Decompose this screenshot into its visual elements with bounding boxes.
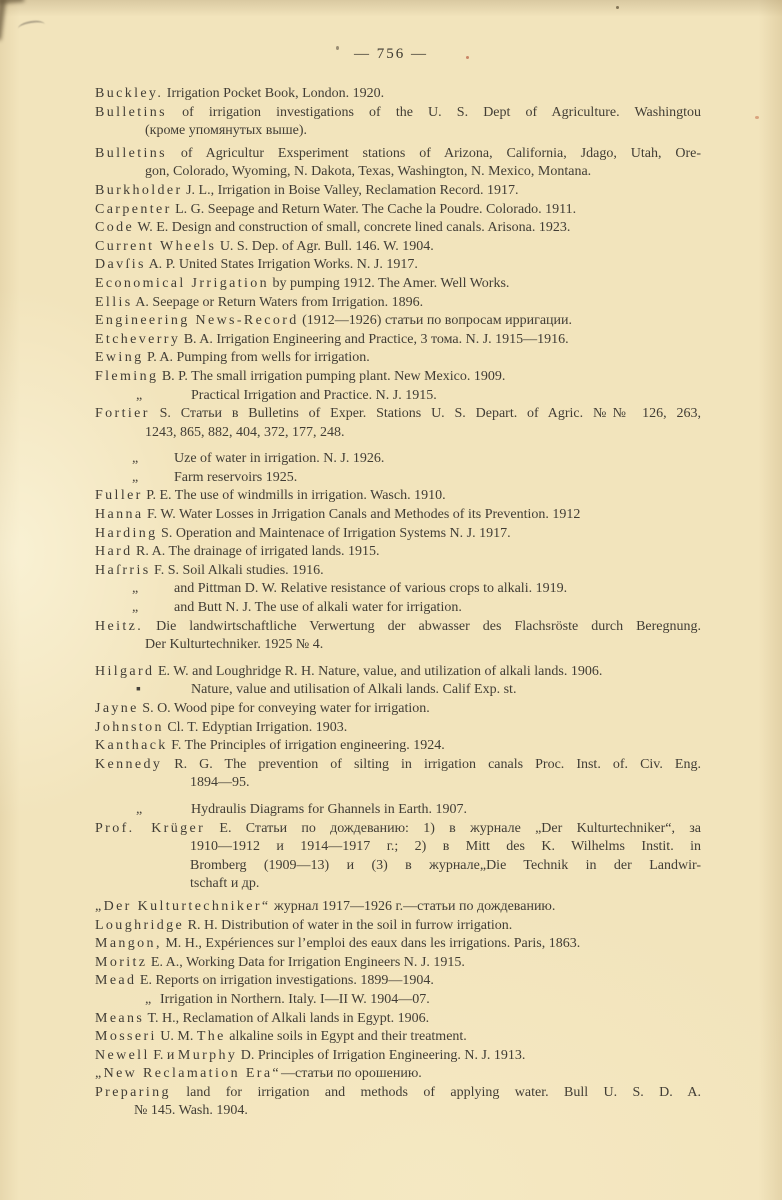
bib-entry: „and Butt N. J. The use of alkali water …: [95, 599, 701, 618]
bib-entry-text: U. S. Dep. of Agr. Bull. 146. W. 1904.: [216, 239, 433, 254]
bib-entry-continuation: 1243, 865, 882, 404, 372, 177, 248.: [95, 424, 701, 443]
bib-entry: Buckley. Irrigation Pocket Book, London.…: [95, 85, 701, 104]
bib-entry-text: Practical Irrigation and Practice. N. J.…: [191, 388, 437, 403]
bib-entry-line: Burkholder J. L., Irrigation in Boise Va…: [95, 182, 701, 201]
bib-entry-continuation: (кроме упомянутых выше).: [95, 122, 701, 141]
bib-entry-text: Hydraulis Diagrams for Ghannels in Earth…: [191, 802, 467, 817]
paper-speck: [755, 116, 759, 119]
bib-entry-text: D. Principles of Irrigation Engineering.…: [237, 1048, 525, 1063]
bib-author: Current Wheels: [95, 239, 216, 254]
bib-entry: Hard R. A. The drainage of irrigated lan…: [95, 543, 701, 562]
bib-entry: Burkholder J. L., Irrigation in Boise Va…: [95, 182, 701, 201]
bibliography-list: Buckley. Irrigation Pocket Book, London.…: [95, 85, 701, 1121]
bib-author: „Der Kulturtechniker“: [95, 899, 271, 914]
bib-entry-text: F. The Principles of irrigation engineer…: [168, 738, 445, 753]
bib-entry: Bulletins of Agricultur Exsperiment stat…: [95, 145, 701, 182]
bib-entry-text: of irrigation investigations of the U. S…: [167, 105, 701, 120]
ditto-mark: ▪: [136, 681, 141, 700]
bib-author: Hanna: [95, 507, 143, 522]
bib-sub-entry-line: „Hydraulis Diagrams for Ghannels in Eart…: [95, 801, 701, 820]
bib-entry: Kanthack F. The Principles of irrigation…: [95, 737, 701, 756]
bib-entry: Mosseri U. M. The alkaline soils in Egyp…: [95, 1028, 701, 1047]
bib-entry-text: S. Operation and Maintenace of Irrigatio…: [158, 526, 511, 541]
bib-entry-text: F. S. Soil Alkali studies. 1916.: [151, 563, 324, 578]
bib-entry: „Hydraulis Diagrams for Ghannels in Eart…: [95, 801, 701, 820]
bib-entry-continuation: Bromberg (1909—13) и (3) в журнале„Die T…: [95, 857, 701, 876]
paper-speck: [466, 56, 469, 59]
bib-entry-text: (1912—1926) статьи по вопросам ирригации…: [299, 313, 572, 328]
bib-entry: Johnston Cl. T. Edyptian Irrigation. 190…: [95, 719, 701, 738]
bib-entry-line: Bulletins of irrigation investigations o…: [95, 104, 701, 123]
bib-author: Heitz.: [95, 619, 143, 634]
bib-entry-line: Fortier S. Статьи в Bulletins of Exper. …: [95, 405, 701, 424]
bib-entry-line: Hard R. A. The drainage of irrigated lan…: [95, 543, 701, 562]
bib-entry-text: A. P. United States Irrigation Works. N.…: [146, 257, 418, 272]
bib-entry-continuation: gon, Colorado, Wyoming, N. Dakota, Texas…: [95, 163, 701, 182]
bib-entry-text: B. P. The small irrigation pumping plant…: [158, 369, 505, 384]
bib-entry-line: Harding S. Operation and Maintenace of I…: [95, 525, 701, 544]
bib-entry: Bulletins of irrigation investigations o…: [95, 104, 701, 141]
bib-author: Burkholder: [95, 183, 183, 198]
paper-speck: [336, 46, 339, 50]
bib-entry: Ellis A. Seepage or Return Waters from I…: [95, 294, 701, 313]
bib-entry-text: E. Reports on irrigation investigations.…: [136, 973, 433, 988]
bib-entry-line: Buckley. Irrigation Pocket Book, London.…: [95, 85, 701, 104]
bib-entry-text: F. W. Water Losses in Jrrigation Canals …: [143, 507, 580, 522]
bib-sub-entry-line: „Practical Irrigation and Practice. N. J…: [95, 387, 701, 406]
bib-entry-line: Loughridge R. H. Distribution of water i…: [95, 917, 701, 936]
bib-entry: Preparing land for irrigation and method…: [95, 1084, 701, 1121]
bib-entry-line: Mosseri U. M. The alkaline soils in Egyp…: [95, 1028, 701, 1047]
bib-author: Buckley.: [95, 86, 163, 101]
bib-entry: Fuller P. E. The use of windmills in irr…: [95, 487, 701, 506]
scanned-book-page: — 756 — Buckley. Irrigation Pocket Book,…: [0, 0, 782, 1200]
ditto-mark: „: [145, 991, 151, 1010]
bib-entry: Davſis A. P. United States Irrigation Wo…: [95, 256, 701, 275]
bib-entry: Kennedy R. G. The prevention of silting …: [95, 756, 701, 793]
bib-author: „New Reclamation Era“: [95, 1066, 281, 1081]
bib-entry: Jayne S. O. Wood pipe for conveying wate…: [95, 700, 701, 719]
bib-author: Ewing: [95, 350, 143, 365]
bib-entry-line: Preparing land for irrigation and method…: [95, 1084, 701, 1103]
bib-author: Code: [95, 220, 134, 235]
bib-entry-text: S. O. Wood pipe for conveying water for …: [139, 701, 430, 716]
bib-entry: Harding S. Operation and Maintenace of I…: [95, 525, 701, 544]
bib-entry: Engineering News-Record (1912—1926) стат…: [95, 312, 701, 331]
bib-entry: Haſrris F. S. Soil Alkali studies. 1916.: [95, 562, 701, 581]
bib-author: Johnston: [95, 720, 164, 735]
bib-entry: „Uze of water in irrigation. N. J. 1926.: [95, 450, 701, 469]
bib-entry-text: Irrigation Pocket Book, London. 1920.: [163, 86, 384, 101]
bib-entry-line: Hilgard E. W. and Loughridge R. H. Natur…: [95, 663, 701, 682]
ditto-mark: „: [132, 580, 138, 599]
bib-entry: Fortier S. Статьи в Bulletins of Exper. …: [95, 405, 701, 442]
bib-author: Bulletins: [95, 146, 167, 161]
bib-entry: Loughridge R. H. Distribution of water i…: [95, 917, 701, 936]
bib-entry-text: T. H., Reclamation of Alkali lands in Eg…: [144, 1011, 429, 1026]
bib-entry-text: R. A. The drainage of irrigated lands. 1…: [133, 544, 380, 559]
bib-entry-text: A. Seepage or Return Waters from Irrigat…: [133, 295, 424, 310]
bib-entry-text: журнал 1917—1926 г.—статьи по дождеванию…: [271, 899, 556, 914]
bib-author: Mead: [95, 973, 136, 988]
bib-author: Fuller: [95, 488, 143, 503]
bib-entry-text: Nature, value and utilisation of Alkali …: [191, 682, 516, 697]
bib-entry-line: Fuller P. E. The use of windmills in irr…: [95, 487, 701, 506]
bib-entry: Mangon, M. H., Expériences sur l’emploi …: [95, 935, 701, 954]
bib-entry-text: of Agricultur Exsperiment stations of Ar…: [167, 146, 701, 161]
bib-entry-text: S. Статьи в Bulletins of Exper. Stations…: [150, 406, 701, 421]
bib-entry-text: R. G. The prevention of silting in irrig…: [162, 757, 701, 772]
bib-entry: „Der Kulturtechniker“ журнал 1917—1926 г…: [95, 898, 701, 917]
paper-speck: [616, 6, 619, 9]
bib-sub-entry-line: „and Pittman D. W. Relative resistance o…: [95, 580, 701, 599]
bib-entry: „Practical Irrigation and Practice. N. J…: [95, 387, 701, 406]
bib-author: Hilgard: [95, 664, 154, 679]
ditto-mark: „: [132, 599, 138, 618]
bib-entry-line: Economical Jrrigation by pumping 1912. T…: [95, 275, 701, 294]
ditto-mark: „: [136, 801, 142, 820]
bib-entry-line: Johnston Cl. T. Edyptian Irrigation. 190…: [95, 719, 701, 738]
bib-sub-entry-line: ▪Nature, value and utilisation of Alkali…: [95, 681, 701, 700]
bib-entry-text: F. и: [150, 1048, 178, 1063]
bib-author: Fortier: [95, 406, 150, 421]
bib-entry-continuation: 1894—95.: [95, 774, 701, 793]
bib-entry-line: Prof. Krüger E. Статьи по дождеванию: 1)…: [95, 820, 701, 839]
bib-entry-line: Carpenter L. G. Seepage and Return Water…: [95, 201, 701, 220]
bib-entry-line: Current Wheels U. S. Dep. of Agr. Bull. …: [95, 238, 701, 257]
bib-entry-line: Means T. H., Reclamation of Alkali lands…: [95, 1010, 701, 1029]
bib-entry-line: Newell F. и Murphy D. Principles of Irri…: [95, 1047, 701, 1066]
bib-entry-line: Ellis A. Seepage or Return Waters from I…: [95, 294, 701, 313]
bib-sub-entry-line: „and Butt N. J. The use of alkali water …: [95, 599, 701, 618]
bib-entry-line: Haſrris F. S. Soil Alkali studies. 1916.: [95, 562, 701, 581]
bib-entry-text: B. A. Irrigation Engineering and Practic…: [180, 332, 568, 347]
bib-entry-line: Engineering News-Record (1912—1926) стат…: [95, 312, 701, 331]
bib-author: Engineering News-Record: [95, 313, 299, 328]
bib-entry-text: P. E. The use of windmills in irrigation…: [143, 488, 446, 503]
bib-entry-text: P. A. Pumping from wells for irrigation.: [143, 350, 369, 365]
bib-entry-text: land for irrigation and methods of apply…: [171, 1085, 701, 1100]
bib-author: Kennedy: [95, 757, 162, 772]
bib-entry-text: M. H., Expériences sur l’emploi des eaux…: [162, 936, 580, 951]
bib-entry: Heitz. Die landwirtschaftliche Verwertun…: [95, 618, 701, 655]
bib-author: Mosseri: [95, 1029, 157, 1044]
bib-entry: Current Wheels U. S. Dep. of Agr. Bull. …: [95, 238, 701, 257]
bib-author: Means: [95, 1011, 144, 1026]
bib-author: Bulletins: [95, 105, 167, 120]
bib-author: Etcheverry: [95, 332, 180, 347]
bib-entry: Fleming B. P. The small irrigation pumpi…: [95, 368, 701, 387]
bib-entry: Carpenter L. G. Seepage and Return Water…: [95, 201, 701, 220]
bib-entry-line: Heitz. Die landwirtschaftliche Verwertun…: [95, 618, 701, 637]
bib-entry-line: Bulletins of Agricultur Exsperiment stat…: [95, 145, 701, 164]
bib-entry-text: R. H. Distribution of water in the soil …: [184, 918, 512, 933]
bib-entry-continuation: tschaft и др.: [95, 875, 701, 894]
bib-entry-line: Ewing P. A. Pumping from wells for irrig…: [95, 349, 701, 368]
bib-entry-line: „New Reclamation Era“—статьи по орошению…: [95, 1065, 701, 1084]
bib-author: Murphy: [178, 1048, 237, 1063]
bib-entry-continuation: № 145. Wash. 1904.: [95, 1102, 701, 1121]
bib-author: Harding: [95, 526, 158, 541]
bib-entry: ▪Nature, value and utilisation of Alkali…: [95, 681, 701, 700]
bib-author: Newell: [95, 1048, 150, 1063]
bib-entry: Code W. E. Design and construction of sm…: [95, 219, 701, 238]
pencil-mark: [17, 19, 45, 34]
bib-entry-line: Kanthack F. The Principles of irrigation…: [95, 737, 701, 756]
bib-entry: Mead E. Reports on irrigation investigat…: [95, 972, 701, 991]
bib-entry-text: by pumping 1912. The Amer. Well Works.: [269, 276, 509, 291]
bib-author: Moritz: [95, 955, 147, 970]
bib-author: Kanthack: [95, 738, 168, 753]
bib-entry-text: Die landwirtschaftliche Verwertung der a…: [143, 619, 701, 634]
bib-entry: „New Reclamation Era“—статьи по орошению…: [95, 1065, 701, 1084]
bib-entry: Hanna F. W. Water Losses in Jrrigation C…: [95, 506, 701, 525]
bib-entry: „Farm reservoirs 1925.: [95, 469, 701, 488]
bib-sub-entry-line: „Irrigation in Northern. Italy. I—II W. …: [95, 991, 701, 1010]
bib-entry-text: E. A., Working Data for Irrigation Engin…: [147, 955, 464, 970]
ditto-mark: „: [132, 469, 138, 488]
bib-entry-line: Mangon, M. H., Expériences sur l’emploi …: [95, 935, 701, 954]
bib-entry: Newell F. и Murphy D. Principles of Irri…: [95, 1047, 701, 1066]
bib-entry-line: Kennedy R. G. The prevention of silting …: [95, 756, 701, 775]
bib-entry-line: Fleming B. P. The small irrigation pumpi…: [95, 368, 701, 387]
bib-author: Davſis: [95, 257, 146, 272]
bib-entry: Means T. H., Reclamation of Alkali lands…: [95, 1010, 701, 1029]
bib-author: Jayne: [95, 701, 139, 716]
bib-author: Ellis: [95, 295, 133, 310]
ditto-mark: „: [132, 450, 138, 469]
bib-entry-continuation: 1910—1912 и 1914—1917 г.; 2) в Mitt des …: [95, 838, 701, 857]
bib-entry-line: Davſis A. P. United States Irrigation Wo…: [95, 256, 701, 275]
bib-author: Carpenter: [95, 202, 172, 217]
bib-entry-text: Cl. T. Edyptian Irrigation. 1903.: [164, 720, 347, 735]
bib-entry: Prof. Krüger E. Статьи по дождеванию: 1)…: [95, 820, 701, 894]
bib-author: Economical Jrrigation: [95, 276, 269, 291]
ditto-mark: „: [136, 387, 142, 406]
bib-entry: Moritz E. A., Working Data for Irrigatio…: [95, 954, 701, 973]
page-number: — 756 —: [0, 46, 782, 63]
bib-entry-text: Irrigation in Northern. Italy. I—II W. 1…: [160, 992, 430, 1007]
bib-entry-text: Farm reservoirs 1925.: [174, 470, 297, 485]
bib-sub-entry-line: „Farm reservoirs 1925.: [95, 469, 701, 488]
bib-entry-text: E. Статьи по дождеванию: 1) в журнале „D…: [205, 821, 701, 836]
bib-author: Haſrris: [95, 563, 151, 578]
bib-entry-line: Etcheverry B. A. Irrigation Engineering …: [95, 331, 701, 350]
bib-entry-text: —статьи по орошению.: [281, 1066, 422, 1081]
bib-entry-text: and Pittman D. W. Relative resistance of…: [174, 581, 567, 596]
scan-edge-shadow-left: [0, 0, 7, 40]
bib-author: Preparing: [95, 1085, 171, 1100]
bib-author: Mangon,: [95, 936, 162, 951]
bib-entry: Etcheverry B. A. Irrigation Engineering …: [95, 331, 701, 350]
bib-sub-entry-line: „Uze of water in irrigation. N. J. 1926.: [95, 450, 701, 469]
bib-entry-line: Code W. E. Design and construction of sm…: [95, 219, 701, 238]
bib-entry-text: Uze of water in irrigation. N. J. 1926.: [174, 451, 384, 466]
bib-author: Hard: [95, 544, 133, 559]
bib-entry-line: „Der Kulturtechniker“ журнал 1917—1926 г…: [95, 898, 701, 917]
bib-entry-text: L. G. Seepage and Return Water. The Cach…: [172, 202, 577, 217]
bib-entry-text: alkaline soils in Egypt and their treatm…: [226, 1029, 467, 1044]
bib-author: The: [197, 1029, 226, 1044]
bib-entry: „and Pittman D. W. Relative resistance o…: [95, 580, 701, 599]
bib-author: Fleming: [95, 369, 158, 384]
bib-entry-text: U. M.: [157, 1029, 197, 1044]
bib-entry: „Irrigation in Northern. Italy. I—II W. …: [95, 991, 701, 1010]
bib-entry-line: Moritz E. A., Working Data for Irrigatio…: [95, 954, 701, 973]
bib-entry-line: Hanna F. W. Water Losses in Jrrigation C…: [95, 506, 701, 525]
bib-entry-continuation: Der Kulturtechniker. 1925 № 4.: [95, 636, 701, 655]
bib-entry-line: Jayne S. O. Wood pipe for conveying wate…: [95, 700, 701, 719]
bib-entry: Hilgard E. W. and Loughridge R. H. Natur…: [95, 663, 701, 682]
bib-entry-text: and Butt N. J. The use of alkali water f…: [174, 600, 462, 615]
bib-entry-text: J. L., Irrigation in Boise Valley, Recla…: [183, 183, 519, 198]
bib-entry-line: Mead E. Reports on irrigation investigat…: [95, 972, 701, 991]
bib-author: Prof. Krüger: [95, 821, 205, 836]
bib-author: Loughridge: [95, 918, 184, 933]
bib-entry: Ewing P. A. Pumping from wells for irrig…: [95, 349, 701, 368]
bib-entry-text: E. W. and Loughridge R. H. Nature, value…: [154, 664, 602, 679]
bib-entry: Economical Jrrigation by pumping 1912. T…: [95, 275, 701, 294]
bib-entry-text: W. E. Design and construction of small, …: [134, 220, 570, 235]
